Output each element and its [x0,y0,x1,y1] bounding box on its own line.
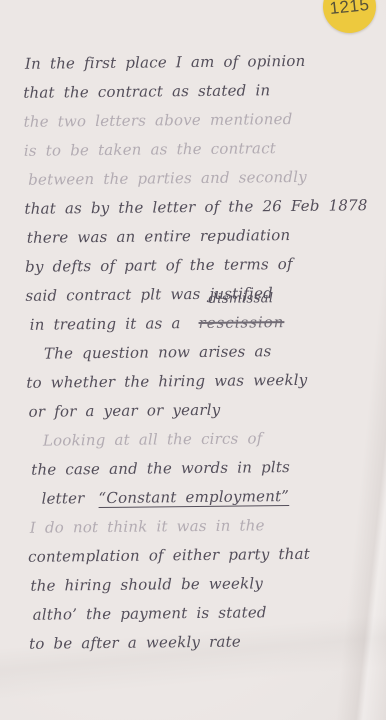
page-number-label: 1215 [329,0,371,19]
handwriting-line: that the contract as stated in [23,75,365,108]
handwritten-page: 1215 In the first place I am of opinion … [0,0,386,720]
handwriting-line: by defts of part of the terms of [25,249,367,282]
handwriting-block: In the first place I am of opinion that … [23,46,371,659]
handwriting-line: or for a year or yearly [28,394,368,427]
correction-prefix-text: in treating it as a [30,314,181,334]
handwriting-line: In the first place I am of opinion [25,46,365,79]
handwriting-line: to whether the hiring was weekly [26,365,368,398]
quote-prefix-text: letter [41,489,84,507]
handwriting-line: contemplation of either party that [28,539,370,572]
handwriting-line: there was an entire repudiation [27,220,367,253]
correction-wrap: dismissalrescission [198,308,284,338]
handwriting-line: altho’ the payment is stated [33,597,371,630]
interlined-insertion-text: dismissal [208,291,273,306]
handwriting-line: is to be taken as the contract [24,133,366,166]
handwriting-line-with-quote: letter“Constant employment” [27,481,369,514]
handwriting-line-with-correction: in treating it as adismissalrescission [30,307,368,340]
struck-out-word: rescission [198,313,284,332]
handwriting-line: the case and the words in plts [31,452,369,485]
handwriting-line: that as by the letter of the 26 Feb 1878 [24,191,366,224]
handwriting-line: the two letters above mentioned [23,104,365,137]
handwriting-line: the hiring should be weekly [30,568,370,601]
underlined-quoted-phrase: “Constant employment” [98,487,289,507]
handwriting-line: between the parties and secondly [28,162,366,195]
handwriting-line: Looking at all the circs of [27,423,369,456]
handwriting-line: The question now arises as [28,336,368,369]
handwriting-line: to be after a weekly rate [29,626,371,659]
handwriting-line: I do not think it was in the [30,510,370,543]
page-number-badge: 1215 [320,0,378,36]
handwriting-line: said contract plt was justified [25,278,367,311]
